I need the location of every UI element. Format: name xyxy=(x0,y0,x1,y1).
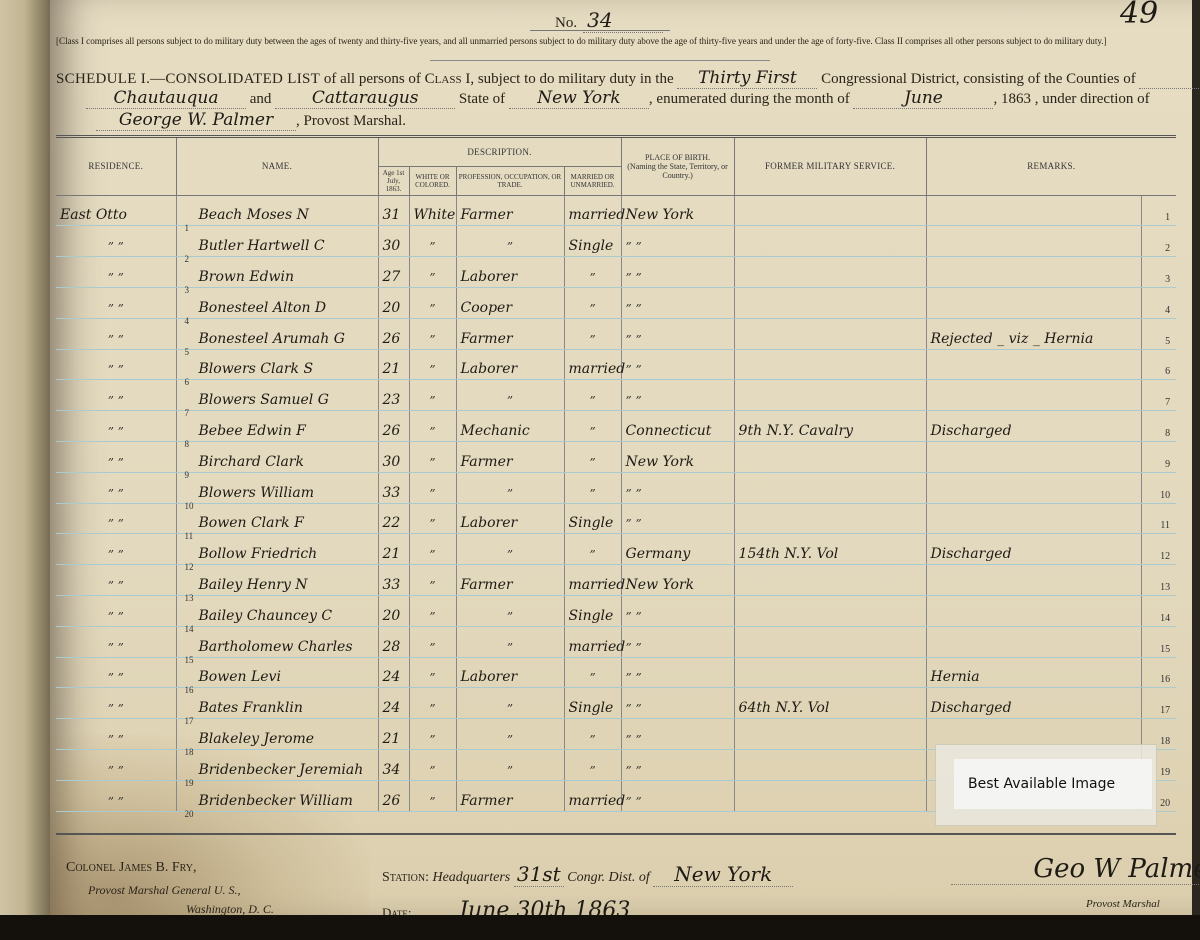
married-cell: ” xyxy=(564,472,621,503)
service-cell xyxy=(734,596,926,627)
color-cell: ” xyxy=(409,688,456,719)
married-cell: married xyxy=(564,195,621,226)
divider xyxy=(430,60,770,61)
line-number: 8 xyxy=(1141,411,1176,442)
table-row: ” ”7Blowers Samuel G23”””” ”7 xyxy=(56,380,1176,411)
table-row: ” ”5Bonesteel Arumah G26”Farmer”” ”Rejec… xyxy=(56,318,1176,349)
best-available-image-overlay: Best Available Image xyxy=(935,744,1157,826)
person-name: Bridenbecker Jeremiah xyxy=(199,762,364,778)
birth-cell: ” ” xyxy=(621,257,734,288)
person-name: Butler Hartwell C xyxy=(199,238,325,254)
age-cell: 23 xyxy=(378,380,409,411)
age-cell: 27 xyxy=(378,257,409,288)
married-cell: Single xyxy=(564,503,621,534)
class-label: Class I xyxy=(425,71,471,87)
table-row: ” ”3Brown Edwin27”Laborer”” ”3 xyxy=(56,257,1176,288)
color-cell: ” xyxy=(409,380,456,411)
book-right-edge xyxy=(1192,0,1200,940)
person-name: Birchard Clark xyxy=(199,454,304,470)
document-number-label: No. xyxy=(555,15,577,31)
birth-cell: New York xyxy=(621,565,734,596)
birth-cell: ” ” xyxy=(621,626,734,657)
profession-cell: ” xyxy=(456,626,564,657)
profession-cell: ” xyxy=(456,226,564,257)
residence-cell: ” ” xyxy=(56,442,176,473)
age-cell: 30 xyxy=(378,442,409,473)
service-cell xyxy=(734,380,926,411)
color-cell: ” xyxy=(409,657,456,688)
remarks-cell xyxy=(926,226,1141,257)
line-number: 1 xyxy=(1141,195,1176,226)
name-cell: 20Bridenbecker William xyxy=(176,780,378,811)
color-cell: ” xyxy=(409,472,456,503)
residence-cell: ” ” xyxy=(56,688,176,719)
enumerated-label: , enumerated during the month of xyxy=(649,91,850,107)
line-number: 16 xyxy=(1141,657,1176,688)
age-cell: 22 xyxy=(378,503,409,534)
line-number: 14 xyxy=(1141,596,1176,627)
station-text: Congr. Dist. of xyxy=(567,870,649,885)
age-cell: 20 xyxy=(378,288,409,319)
table-row: ” ”11Bowen Clark F22”LaborerSingle” ”11 xyxy=(56,503,1176,534)
age-cell: 33 xyxy=(378,472,409,503)
document-number: No.34 xyxy=(555,8,663,32)
color-cell: ” xyxy=(409,596,456,627)
table-row: ” ”9Birchard Clark30”Farmer”New York9 xyxy=(56,442,1176,473)
married-cell: Single xyxy=(564,596,621,627)
line-number: 17 xyxy=(1141,688,1176,719)
residence-cell: ” ” xyxy=(56,318,176,349)
color-cell: ” xyxy=(409,503,456,534)
married-cell: ” xyxy=(564,288,621,319)
schedule-heading-line-1: SCHEDULE I.—CONSOLIDATED LIST of all per… xyxy=(56,68,1200,89)
color-cell: White xyxy=(409,195,456,226)
person-name: Beach Moses N xyxy=(199,207,309,223)
class-definition-note: [Class I comprises all persons subject t… xyxy=(56,36,1186,46)
residence-cell: East Otto xyxy=(56,195,176,226)
married-cell: ” xyxy=(564,411,621,442)
scan-background xyxy=(0,915,1200,940)
service-cell xyxy=(734,288,926,319)
residence-cell: ” ” xyxy=(56,749,176,780)
addressee-name: Colonel James B. Fry, xyxy=(66,860,197,876)
birth-cell: New York xyxy=(621,442,734,473)
person-name: Bonesteel Alton D xyxy=(199,300,327,316)
profession-cell: Farmer xyxy=(456,195,564,226)
name-cell: 15Bartholomew Charles xyxy=(176,626,378,657)
age-cell: 34 xyxy=(378,749,409,780)
color-cell: ” xyxy=(409,411,456,442)
person-name: Bailey Chauncey C xyxy=(199,608,333,624)
table-row: ” ”13Bailey Henry N33”FarmermarriedNew Y… xyxy=(56,565,1176,596)
birth-cell: Connecticut xyxy=(621,411,734,442)
color-cell: ” xyxy=(409,565,456,596)
color-cell: ” xyxy=(409,349,456,380)
name-cell: 4Bonesteel Alton D xyxy=(176,288,378,319)
remarks-cell xyxy=(926,349,1141,380)
month-field: June xyxy=(853,88,993,109)
name-cell: 19Bridenbecker Jeremiah xyxy=(176,749,378,780)
counties-blank xyxy=(1139,71,1200,89)
line-number: 15 xyxy=(1141,626,1176,657)
provost-marshal-signature: Geo W Palmer xyxy=(951,854,1200,885)
remarks-cell xyxy=(926,288,1141,319)
header-name: Name. xyxy=(176,138,378,195)
age-cell: 24 xyxy=(378,657,409,688)
residence-cell: ” ” xyxy=(56,565,176,596)
person-name: Brown Edwin xyxy=(199,269,295,285)
service-cell: 9th N.Y. Cavalry xyxy=(734,411,926,442)
service-cell xyxy=(734,349,926,380)
remarks-cell xyxy=(926,380,1141,411)
state-label: State of xyxy=(459,91,505,107)
married-cell: ” xyxy=(564,442,621,473)
remarks-cell xyxy=(926,503,1141,534)
line-number: 10 xyxy=(1141,472,1176,503)
table-row: East Otto1Beach Moses N31WhiteFarmermarr… xyxy=(56,195,1176,226)
birth-cell: ” ” xyxy=(621,288,734,319)
residence-cell: ” ” xyxy=(56,349,176,380)
service-cell: 64th N.Y. Vol xyxy=(734,688,926,719)
age-cell: 30 xyxy=(378,226,409,257)
and-label: and xyxy=(250,91,272,107)
line-number: 11 xyxy=(1141,503,1176,534)
birth-cell: ” ” xyxy=(621,226,734,257)
name-cell: 7Blowers Samuel G xyxy=(176,380,378,411)
header-former-service: Former Military Service. xyxy=(734,138,926,195)
residence-cell: ” ” xyxy=(56,596,176,627)
birth-cell: ” ” xyxy=(621,380,734,411)
married-cell: married xyxy=(564,626,621,657)
birth-cell: ” ” xyxy=(621,318,734,349)
schedule-text: of all persons of xyxy=(324,71,421,87)
footer: Colonel James B. Fry, Provost Marshal Ge… xyxy=(56,840,1186,915)
schedule-text: , subject to do military duty in the xyxy=(470,71,673,87)
name-cell: 5Bonesteel Arumah G xyxy=(176,318,378,349)
service-cell xyxy=(734,657,926,688)
name-cell: 16Bowen Levi xyxy=(176,657,378,688)
remarks-cell xyxy=(926,596,1141,627)
service-cell xyxy=(734,780,926,811)
line-number: 2 xyxy=(1141,226,1176,257)
page-number: 49 xyxy=(1120,0,1158,31)
header-residence: Residence. xyxy=(56,138,176,195)
line-number: 12 xyxy=(1141,534,1176,565)
profession-cell: ” xyxy=(456,380,564,411)
marshal-title: , Provost Marshal. xyxy=(296,113,406,129)
age-cell: 24 xyxy=(378,688,409,719)
remarks-cell xyxy=(926,626,1141,657)
profession-cell: ” xyxy=(456,472,564,503)
birth-cell: ” ” xyxy=(621,719,734,750)
age-cell: 21 xyxy=(378,534,409,565)
person-name: Bowen Levi xyxy=(199,669,281,685)
district-field: Thirty First xyxy=(677,68,817,89)
name-cell: 3Brown Edwin xyxy=(176,257,378,288)
profession-cell: Mechanic xyxy=(456,411,564,442)
service-cell xyxy=(734,626,926,657)
residence-cell: ” ” xyxy=(56,657,176,688)
line-number: 13 xyxy=(1141,565,1176,596)
birth-cell: ” ” xyxy=(621,472,734,503)
service-cell xyxy=(734,318,926,349)
remarks-cell: Rejected _ viz _ Hernia xyxy=(926,318,1141,349)
profession-cell: Farmer xyxy=(456,442,564,473)
married-cell: married xyxy=(564,780,621,811)
service-cell xyxy=(734,472,926,503)
service-cell xyxy=(734,442,926,473)
remarks-cell xyxy=(926,565,1141,596)
married-cell: ” xyxy=(564,749,621,780)
age-cell: 21 xyxy=(378,719,409,750)
table-row: ” ”16Bowen Levi24”Laborer”” ”Hernia16 xyxy=(56,657,1176,688)
residence-cell: ” ” xyxy=(56,411,176,442)
color-cell: ” xyxy=(409,257,456,288)
married-cell: ” xyxy=(564,719,621,750)
color-cell: ” xyxy=(409,719,456,750)
name-cell: 11Bowen Clark F xyxy=(176,503,378,534)
station-state-field: New York xyxy=(653,862,793,887)
header-age: Age 1st July, 1863. xyxy=(378,166,409,195)
married-cell: Single xyxy=(564,226,621,257)
birth-cell: ” ” xyxy=(621,749,734,780)
line-number: 7 xyxy=(1141,380,1176,411)
residence-cell: ” ” xyxy=(56,288,176,319)
remarks-cell xyxy=(926,442,1141,473)
remarks-cell: Discharged xyxy=(926,688,1141,719)
color-cell: ” xyxy=(409,534,456,565)
schedule-text: Congressional District, consisting of th… xyxy=(821,71,1136,87)
residence-cell: ” ” xyxy=(56,226,176,257)
person-name: Blowers Clark S xyxy=(199,361,314,377)
header-color: White or Colored. xyxy=(409,166,456,195)
birth-cell: ” ” xyxy=(621,503,734,534)
profession-cell: Farmer xyxy=(456,565,564,596)
residence-cell: ” ” xyxy=(56,534,176,565)
table-row: ” ”14Bailey Chauncey C20””Single” ”14 xyxy=(56,596,1176,627)
person-name: Bollow Friedrich xyxy=(199,546,318,562)
age-cell: 20 xyxy=(378,596,409,627)
person-name: Bridenbecker William xyxy=(199,793,353,809)
name-cell: 10Blowers William xyxy=(176,472,378,503)
name-cell: 8Bebee Edwin F xyxy=(176,411,378,442)
schedule-title: SCHEDULE I.—CONSOLIDATED LIST xyxy=(56,71,320,87)
line-number: 9 xyxy=(1141,442,1176,473)
married-cell: Single xyxy=(564,688,621,719)
age-cell: 28 xyxy=(378,626,409,657)
profession-cell: Laborer xyxy=(456,257,564,288)
married-cell: ” xyxy=(564,380,621,411)
station-text: Headquarters xyxy=(432,870,510,885)
header-profession: Profession, Occupation, or Trade. xyxy=(456,166,564,195)
person-name: Blakeley Jerome xyxy=(199,731,315,747)
residence-cell: ” ” xyxy=(56,472,176,503)
table-row: ” ”17Bates Franklin24””Single” ”64th N.Y… xyxy=(56,688,1176,719)
profession-cell: Cooper xyxy=(456,288,564,319)
schedule-heading-line-3: George W. Palmer, Provost Marshal. xyxy=(56,110,406,131)
age-cell: 26 xyxy=(378,411,409,442)
addressee-title: Provost Marshal General U. S., xyxy=(88,883,241,898)
profession-cell: ” xyxy=(456,596,564,627)
name-cell: 13Bailey Henry N xyxy=(176,565,378,596)
header-place-of-birth: Place of Birth.(Naming the State, Territ… xyxy=(621,138,734,195)
color-cell: ” xyxy=(409,318,456,349)
birth-cell: ” ” xyxy=(621,688,734,719)
remarks-cell: Discharged xyxy=(926,411,1141,442)
name-cell: 12Bollow Friedrich xyxy=(176,534,378,565)
residence-cell: ” ” xyxy=(56,719,176,750)
station-line: Station: Headquarters 31st Congr. Dist. … xyxy=(382,862,793,887)
color-cell: ” xyxy=(409,626,456,657)
name-cell: 18Blakeley Jerome xyxy=(176,719,378,750)
profession-cell: Farmer xyxy=(456,780,564,811)
person-name: Bonesteel Arumah G xyxy=(199,331,345,347)
service-cell xyxy=(734,719,926,750)
name-cell: 9Birchard Clark xyxy=(176,442,378,473)
divider xyxy=(530,30,670,31)
row-number: 20 xyxy=(185,809,194,819)
remarks-cell xyxy=(926,195,1141,226)
name-cell: 14Bailey Chauncey C xyxy=(176,596,378,627)
service-cell xyxy=(734,503,926,534)
name-cell: 2Butler Hartwell C xyxy=(176,226,378,257)
name-cell: 17Bates Franklin xyxy=(176,688,378,719)
place-of-birth-label: Place of Birth. xyxy=(645,153,710,162)
table-row: ” ”15Bartholomew Charles28””married” ”15 xyxy=(56,626,1176,657)
county-2-field: Cattaraugus xyxy=(275,88,455,109)
birth-cell: ” ” xyxy=(621,596,734,627)
residence-cell: ” ” xyxy=(56,503,176,534)
person-name: Bowen Clark F xyxy=(199,515,304,531)
age-cell: 33 xyxy=(378,565,409,596)
person-name: Blowers William xyxy=(199,485,314,501)
color-cell: ” xyxy=(409,749,456,780)
profession-cell: ” xyxy=(456,688,564,719)
residence-cell: ” ” xyxy=(56,380,176,411)
profession-cell: ” xyxy=(456,749,564,780)
remarks-cell xyxy=(926,472,1141,503)
residence-cell: ” ” xyxy=(56,257,176,288)
header-description: Description. xyxy=(378,138,621,166)
header-remarks: Remarks. xyxy=(926,138,1176,195)
remarks-cell: Hernia xyxy=(926,657,1141,688)
age-cell: 21 xyxy=(378,349,409,380)
state-field: New York xyxy=(509,88,649,109)
line-number: 3 xyxy=(1141,257,1176,288)
birth-cell: Germany xyxy=(621,534,734,565)
station-label: Station: xyxy=(382,870,429,885)
year-text: , 1863 , under direction of xyxy=(993,91,1149,107)
table-row: ” ”2Butler Hartwell C30””Single” ”2 xyxy=(56,226,1176,257)
color-cell: ” xyxy=(409,226,456,257)
best-available-image-label: Best Available Image xyxy=(954,759,1152,809)
service-cell xyxy=(734,749,926,780)
color-cell: ” xyxy=(409,780,456,811)
birth-cell: ” ” xyxy=(621,657,734,688)
birth-cell: ” ” xyxy=(621,349,734,380)
age-cell: 26 xyxy=(378,318,409,349)
age-cell: 26 xyxy=(378,780,409,811)
name-cell: 6Blowers Clark S xyxy=(176,349,378,380)
person-name: Blowers Samuel G xyxy=(199,392,329,408)
table-row: ” ”10Blowers William33”””” ”10 xyxy=(56,472,1176,503)
line-number: 4 xyxy=(1141,288,1176,319)
profession-cell: Laborer xyxy=(456,657,564,688)
profession-cell: Farmer xyxy=(456,318,564,349)
residence-cell: ” ” xyxy=(56,626,176,657)
married-cell: married xyxy=(564,349,621,380)
service-cell xyxy=(734,257,926,288)
table-row: ” ”6Blowers Clark S21”Laborermarried” ”6 xyxy=(56,349,1176,380)
signature-title: Provost Marshal xyxy=(1086,898,1160,910)
table-row: ” ”12Bollow Friedrich21”””Germany154th N… xyxy=(56,534,1176,565)
married-cell: ” xyxy=(564,257,621,288)
marshal-name-field: George W. Palmer xyxy=(96,110,296,131)
schedule-heading-line-2: Chautauqua and Cattaraugus State of New … xyxy=(56,88,1150,109)
service-cell: 154th N.Y. Vol xyxy=(734,534,926,565)
married-cell: ” xyxy=(564,318,621,349)
service-cell xyxy=(734,565,926,596)
table-row: ” ”4Bonesteel Alton D20”Cooper”” ”4 xyxy=(56,288,1176,319)
service-cell xyxy=(734,226,926,257)
profession-cell: Laborer xyxy=(456,503,564,534)
person-name: Bates Franklin xyxy=(199,700,303,716)
line-number: 5 xyxy=(1141,318,1176,349)
person-name: Bartholomew Charles xyxy=(199,639,353,655)
line-number: 6 xyxy=(1141,349,1176,380)
table-row: ” ”8Bebee Edwin F26”Mechanic”Connecticut… xyxy=(56,411,1176,442)
header-married: Married or Unmarried. xyxy=(564,166,621,195)
county-1-field: Chautauqua xyxy=(86,88,246,109)
name-cell: 1Beach Moses N xyxy=(176,195,378,226)
service-cell xyxy=(734,195,926,226)
birth-cell: ” ” xyxy=(621,780,734,811)
enrollment-table: Residence. Name. Description. Place of B… xyxy=(56,135,1176,835)
station-district-field: 31st xyxy=(514,862,564,887)
profession-cell: Laborer xyxy=(456,349,564,380)
age-cell: 31 xyxy=(378,195,409,226)
married-cell: ” xyxy=(564,534,621,565)
residence-cell: ” ” xyxy=(56,780,176,811)
married-cell: ” xyxy=(564,657,621,688)
remarks-cell xyxy=(926,257,1141,288)
married-cell: married xyxy=(564,565,621,596)
person-name: Bebee Edwin F xyxy=(199,423,306,439)
color-cell: ” xyxy=(409,288,456,319)
profession-cell: ” xyxy=(456,534,564,565)
color-cell: ” xyxy=(409,442,456,473)
birth-cell: New York xyxy=(621,195,734,226)
person-name: Bailey Henry N xyxy=(199,577,308,593)
profession-cell: ” xyxy=(456,719,564,750)
remarks-cell: Discharged xyxy=(926,534,1141,565)
place-of-birth-note: (Naming the State, Territory, or Country… xyxy=(627,162,728,180)
